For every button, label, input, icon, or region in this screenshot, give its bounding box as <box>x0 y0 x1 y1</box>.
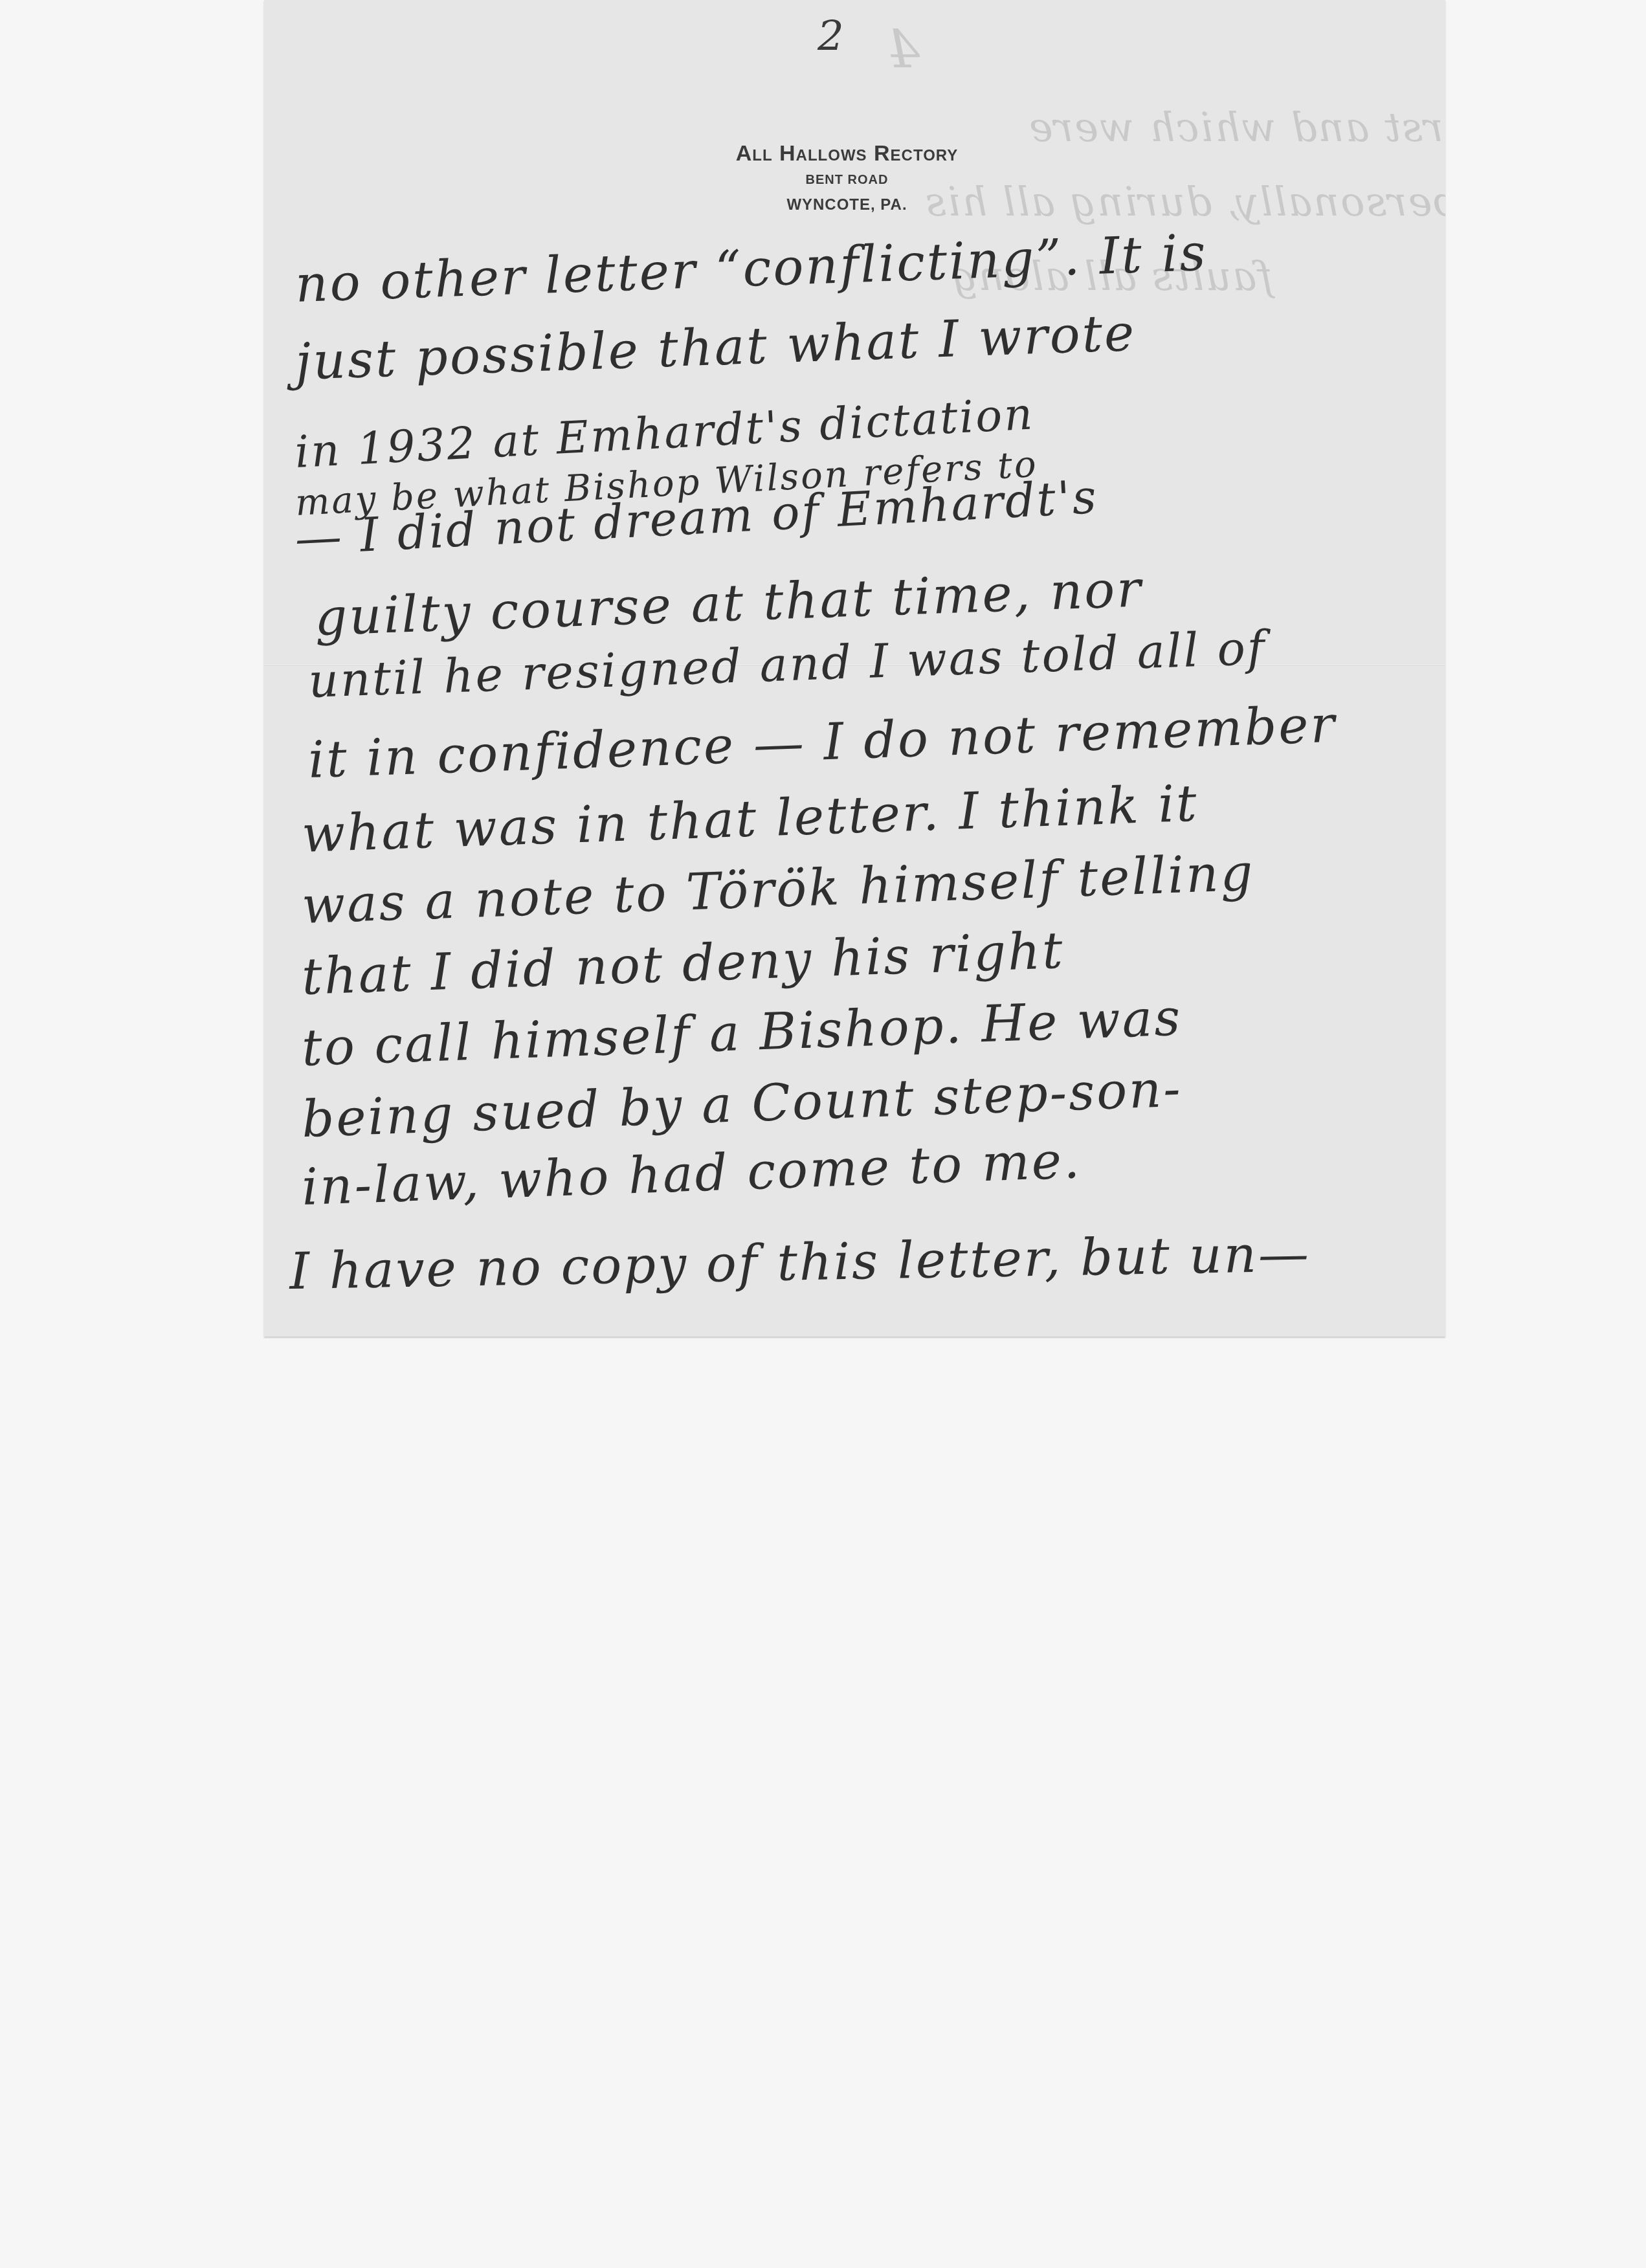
handwritten-line: no other letter “conflicting”. It is <box>295 224 1208 314</box>
letterhead-street: BENT ROAD <box>264 168 1438 192</box>
page-number: 2 <box>817 13 844 61</box>
letterhead-name: All Hallows Rectory <box>264 139 1438 168</box>
letterhead: All Hallows Rectory BENT ROAD WYNCOTE, P… <box>264 139 1438 218</box>
letter-page: 4 at first and which were personally, du… <box>264 0 1445 1337</box>
bleed-through-text: 4 <box>885 19 920 80</box>
handwritten-line: that I did not deny his right <box>301 922 1065 1006</box>
handwritten-line: just possible that what I wrote <box>295 304 1137 392</box>
handwritten-line: I have no copy of this letter, but un— <box>289 1225 1311 1301</box>
letterhead-city: WYNCOTE, PA. <box>264 192 1438 218</box>
